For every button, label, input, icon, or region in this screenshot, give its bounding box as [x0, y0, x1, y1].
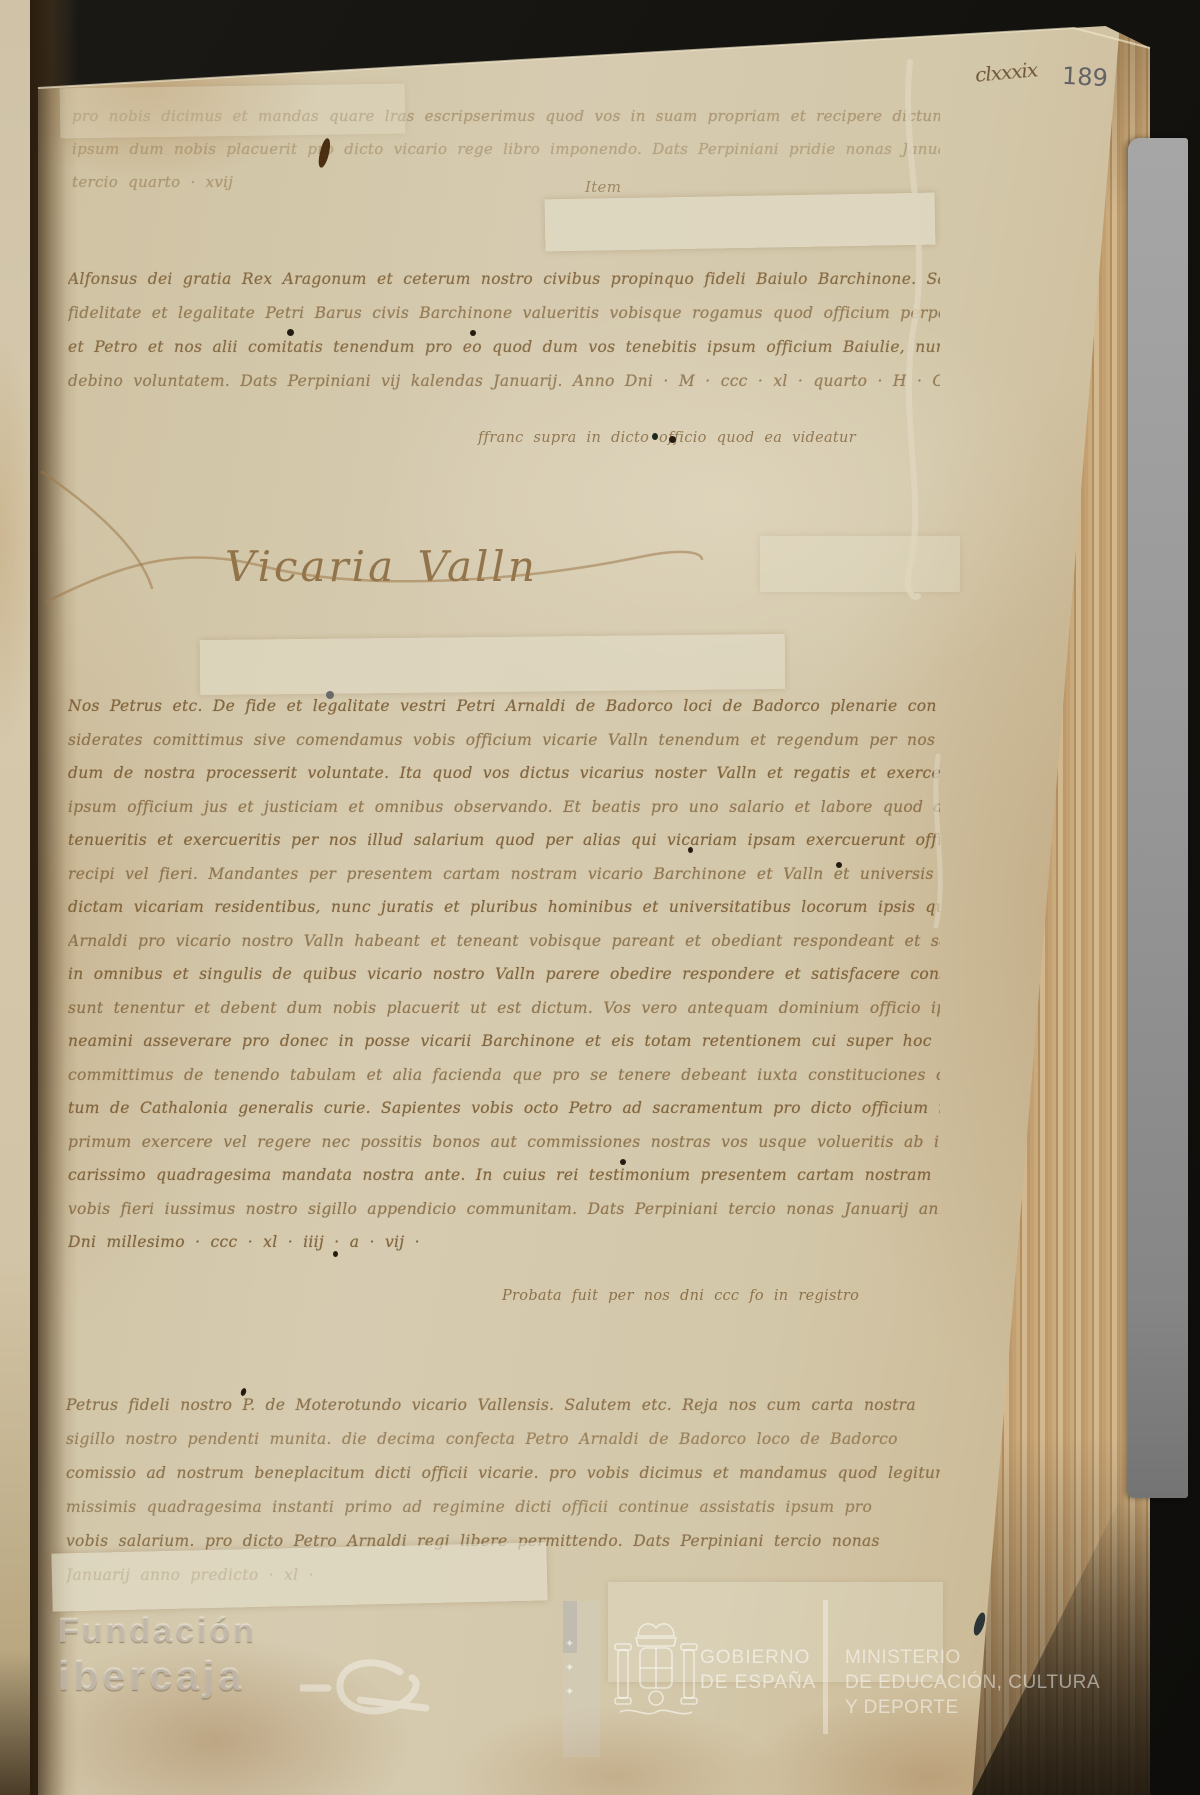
text-block-commission: Nos Petrus etc. De fide et legalitate ve…: [68, 690, 940, 1260]
archive-bookmark-card: [1128, 138, 1188, 1498]
manuscript-line: et Petro et nos alii comitatis tenendum …: [68, 330, 940, 364]
chancery-subscription: ffranc supra in dicto officio quod ea vi…: [478, 430, 856, 446]
manuscript-line: debino voluntatem. Dats Perpiniani vij k…: [68, 364, 940, 398]
ink-blot: [333, 1251, 338, 1257]
manuscript-line: vobis fieri iussimus nostro sigillo appe…: [68, 1193, 940, 1227]
ink-blot: [620, 1159, 626, 1165]
text-block-mandate: Petrus fideli nostro P. de Moterotundo v…: [66, 1388, 940, 1592]
manuscript-line: Dni millesimo · ccc · xl · iiij · a · vi…: [68, 1226, 940, 1260]
folio-number-pencil: 189: [1061, 62, 1108, 92]
ink-blot: [688, 847, 693, 853]
text-block-registration-1: pro nobis dicimus et mandas quare lras e…: [72, 100, 940, 199]
manuscript-line: dum de nostra processerit voluntate. Ita…: [68, 757, 940, 791]
manuscript-line: fidelitate et legalitate Petri Barus civ…: [68, 296, 940, 330]
manuscript-line: tenueritis et exercueritis per nos illud…: [68, 824, 940, 858]
ink-blot: [652, 433, 658, 440]
manuscript-line: neamini asseverare pro donec in posse vi…: [68, 1025, 940, 1059]
ink-blot: [836, 862, 842, 868]
manuscript-line: ipsum dum nobis placuerit pro dicto vica…: [72, 133, 940, 166]
ink-blot: [287, 329, 294, 336]
manuscript-line: missimis quadragesima instanti primo ad …: [66, 1490, 940, 1524]
item-note: Item: [585, 178, 621, 196]
manuscript-line: tum de Cathalonia generalis curie. Sapie…: [68, 1092, 940, 1126]
manuscript-line: in omnibus et singulis de quibus vicario…: [68, 958, 940, 992]
manuscript-line: comissio ad nostrum beneplacitum dicti o…: [66, 1456, 940, 1490]
ink-blot: [669, 436, 676, 443]
manuscript-line: Petrus fideli nostro P. de Moterotundo v…: [66, 1388, 940, 1422]
manuscript-line: carissimo quadragesima mandata nostra an…: [68, 1159, 940, 1193]
manuscript-line: Nos Petrus etc. De fide et legalitate ve…: [68, 690, 940, 724]
previous-page-edge: [0, 0, 30, 1795]
manuscript-line: ipsum officium jus et justiciam et omnib…: [68, 791, 940, 825]
ink-blot: [326, 691, 334, 699]
manuscript-line: siderates comittimus sive comendamus vob…: [68, 724, 940, 758]
manuscript-line: tercio quarto · xvij: [72, 166, 940, 199]
manuscript-line: pro nobis dicimus et mandas quare lras e…: [72, 100, 940, 133]
text-block-royal-letter: Alfonsus dei gratia Rex Aragonum et cete…: [68, 262, 940, 398]
manuscript-line: dictam vicariam residentibus, nunc jurat…: [68, 891, 940, 925]
manuscript-scan-page: { "page": { "folio_ink": "clxxxix", "fol…: [0, 0, 1200, 1795]
manuscript-line: Alfonsus dei gratia Rex Aragonum et cete…: [68, 262, 940, 296]
manuscript-line: sigillo nostro pendenti munita. die deci…: [66, 1422, 940, 1456]
section-heading-vicaria: Vicaria Valln: [225, 542, 538, 591]
manuscript-line: committimus de tenendo tabulam et alia f…: [68, 1059, 940, 1093]
manuscript-line: Januarij anno predicto · xl ·: [66, 1558, 940, 1592]
manuscript-line: vobis salarium. pro dicto Petro Arnaldi …: [66, 1524, 940, 1558]
manuscript-line: primum exercere vel regere nec possitis …: [68, 1126, 940, 1160]
probata-note: Probata fuit per nos dni ccc fo in regis…: [502, 1288, 859, 1304]
ink-blot: [470, 330, 476, 336]
ibercaja-swirl-icon: [300, 1650, 430, 1725]
manuscript-line: Arnaldi pro vicario nostro Valln habeant…: [68, 925, 940, 959]
manuscript-line: recipi vel fieri. Mandantes per presente…: [68, 858, 940, 892]
manuscript-line: sunt tenentur et debent dum nobis placue…: [68, 992, 940, 1026]
